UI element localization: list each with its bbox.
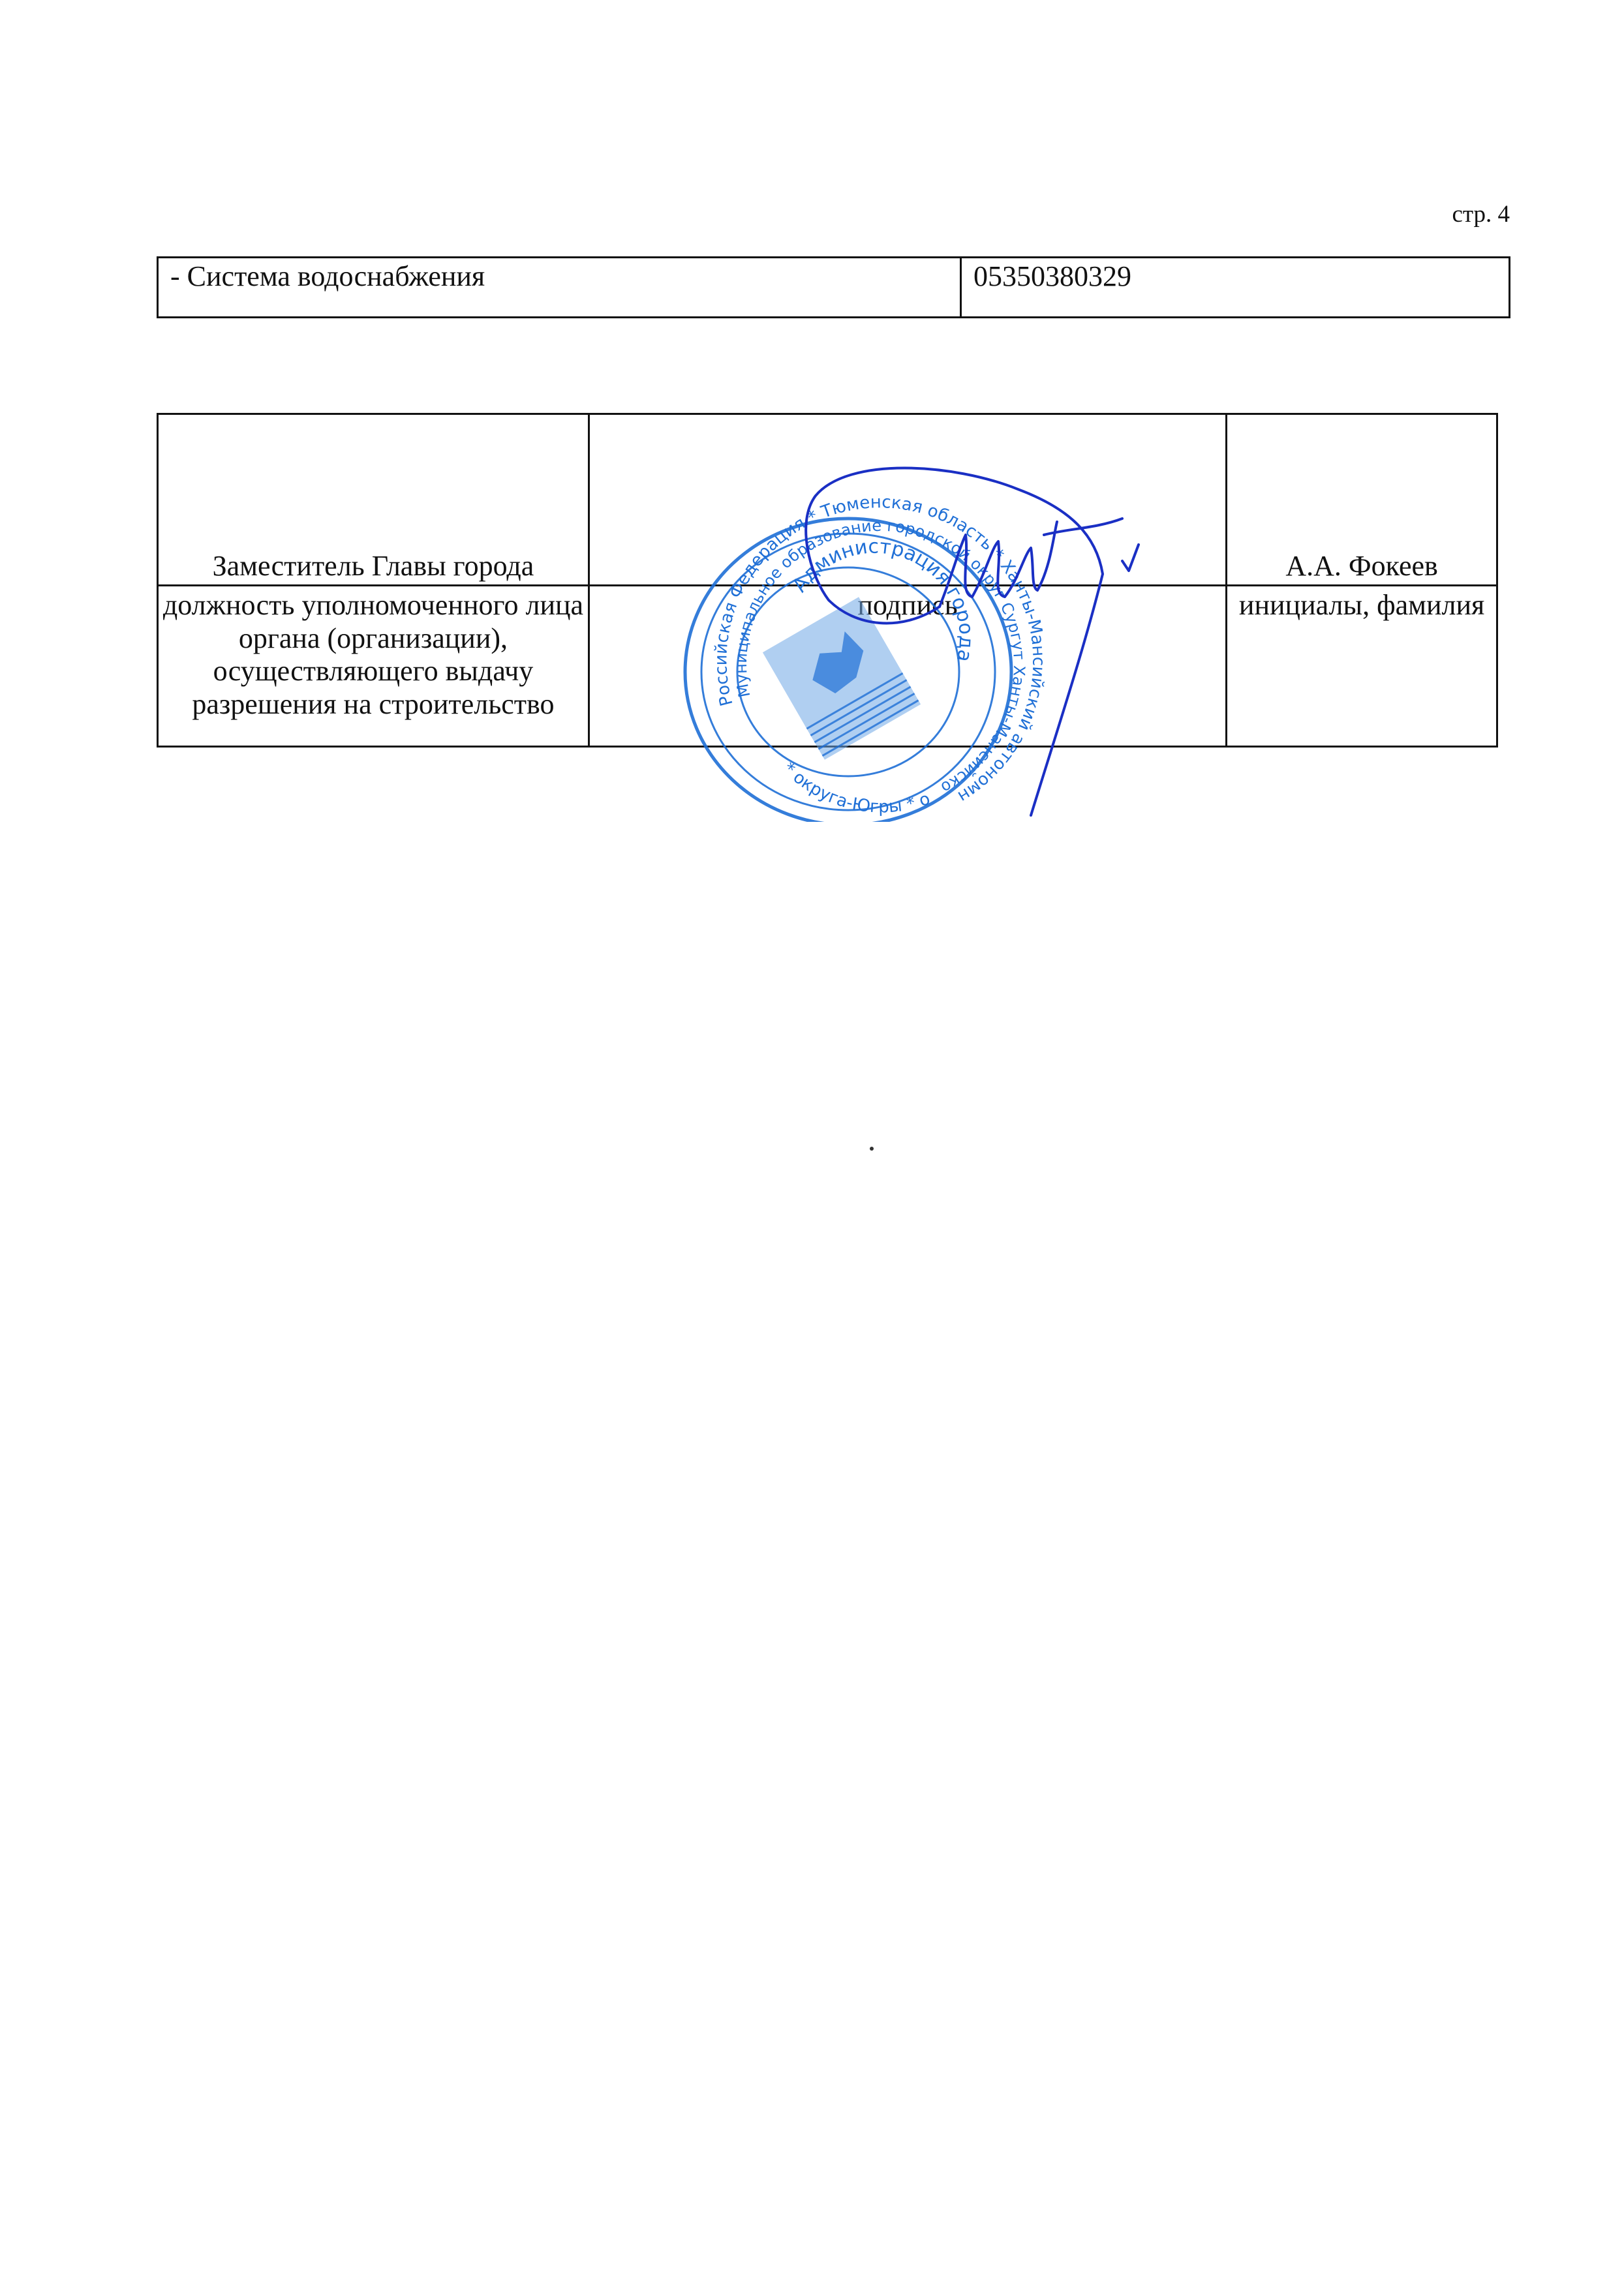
signature-captions-row: должность уполномоченного лица органа (о…: [158, 586, 1497, 747]
position-caption: должность уполномоченного лица органа (о…: [158, 586, 589, 747]
table-row: - Система водоснабжения 05350380329: [158, 258, 1510, 318]
signature-caption: подпись: [589, 586, 1226, 747]
name-caption-text: инициалы, фамилия: [1227, 589, 1496, 622]
name-caption: инициалы, фамилия: [1227, 586, 1497, 747]
official-name: А.А. Фокеев: [1227, 414, 1497, 586]
system-code-cell: 05350380329: [961, 258, 1510, 318]
system-name-cell: - Система водоснабжения: [158, 258, 961, 318]
page-number: стр. 4: [1452, 202, 1510, 226]
signature-values-row: Заместитель Главы города А.А. Фокеев: [158, 414, 1497, 586]
systems-table: - Система водоснабжения 05350380329: [157, 256, 1510, 318]
signature-table: Заместитель Главы города А.А. Фокеев дол…: [157, 413, 1498, 748]
signature-caption-text: подпись: [590, 589, 1225, 622]
official-position: Заместитель Главы города: [158, 414, 589, 586]
signature-field: [589, 414, 1226, 586]
position-caption-text: должность уполномоченного лица органа (о…: [159, 589, 588, 721]
scan-speck: [870, 1147, 874, 1151]
